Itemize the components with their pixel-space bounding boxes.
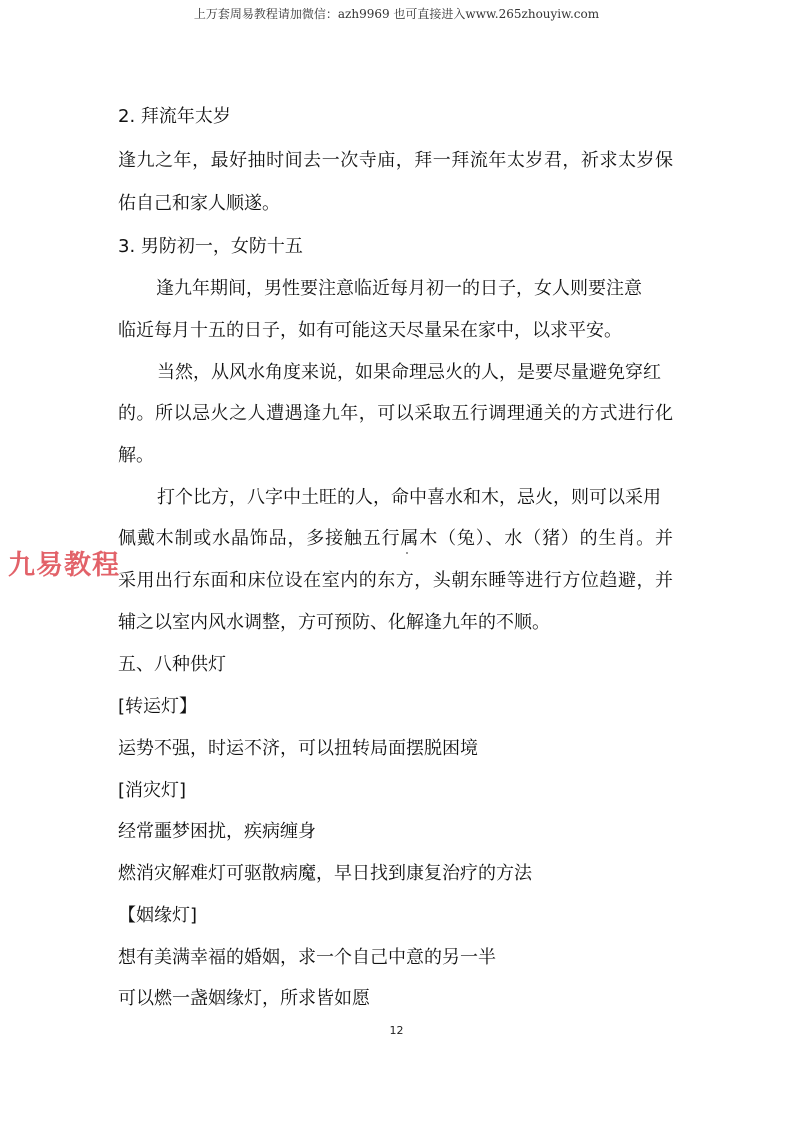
heading-2: 2. 拜流年太岁 bbox=[118, 105, 231, 129]
paragraph-line: 辅之以室内风水调整，方可预防、化解逢九年的不顺。 bbox=[118, 611, 550, 635]
stray-dot bbox=[406, 552, 408, 554]
page-number: 12 bbox=[0, 1024, 793, 1037]
paragraph-line: 当然，从风水角度来说，如果命理忌火的人，是要尽量避免穿红 bbox=[157, 361, 661, 385]
watermark-logo: 九易教程 bbox=[8, 543, 120, 582]
lamp-title-zhuanyun: [转运灯】 bbox=[118, 695, 197, 719]
section-title: 五、八种供灯 bbox=[118, 653, 226, 677]
paragraph-line: 采用出行东面和床位设在室内的东方，头朝东睡等进行方位趋避，并 bbox=[118, 569, 673, 593]
lamp-desc: 可以燃一盏姻缘灯，所求皆如愿 bbox=[118, 987, 370, 1011]
paragraph-line: 逢九年期间，男性要注意临近每月初一的日子，女人则要注意 bbox=[156, 277, 642, 301]
paragraph-line: 打个比方，八字中土旺的人，命中喜水和木，忌火，则可以采用 bbox=[157, 486, 661, 510]
paragraph-line: 的。所以忌火之人遭遇逢九年，可以采取五行调理通关的方式进行化 bbox=[118, 402, 673, 426]
paragraph-line: 逢九之年，最好抽时间去一次寺庙，拜一拜流年太岁君，祈求太岁保 bbox=[118, 149, 673, 173]
paragraph-line: 佩戴木制或水晶饰品，多接触五行属木（兔）、水（猪）的生肖。并 bbox=[118, 527, 673, 551]
lamp-desc: 想有美满幸福的婚姻，求一个自己中意的另一半 bbox=[118, 946, 496, 970]
top-banner-ad: 上万套周易教程请加微信：azh9969 也可直接进入www.265zhouyiw… bbox=[0, 5, 793, 22]
lamp-desc: 燃消灾解难灯可驱散病魔，早日找到康复治疗的方法 bbox=[118, 862, 532, 886]
heading-3: 3. 男防初一，女防十五 bbox=[118, 235, 303, 259]
paragraph-line: 解。 bbox=[118, 444, 154, 468]
paragraph-line: 临近每月十五的日子，如有可能这天尽量呆在家中，以求平安。 bbox=[118, 319, 622, 343]
lamp-title-xiaozai: [消灾灯] bbox=[118, 779, 186, 803]
lamp-desc: 经常噩梦困扰，疾病缠身 bbox=[118, 820, 316, 844]
lamp-title-yinyuan: 【姻缘灯] bbox=[118, 904, 197, 928]
paragraph-line: 佑自己和家人顺遂。 bbox=[118, 192, 280, 216]
lamp-desc: 运势不强，时运不济，可以扭转局面摆脱困境 bbox=[118, 737, 478, 761]
